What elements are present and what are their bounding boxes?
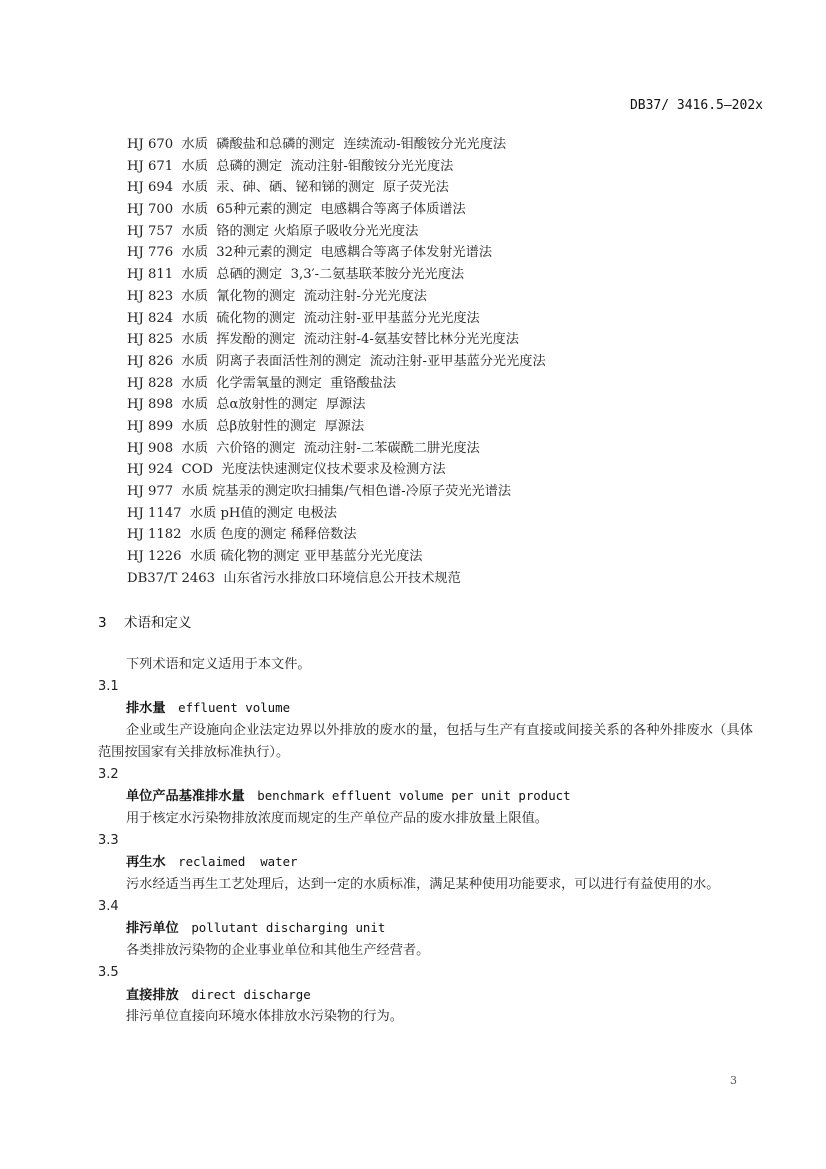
- document-code: DB37/ 3416.5—202x: [630, 98, 763, 113]
- reference-item: HJ 776 水质 32种元素的测定 电感耦合等离子体发射光谱法: [127, 242, 546, 264]
- section-intro: 下列术语和定义适用于本文件。: [98, 654, 753, 676]
- reference-item: HJ 977 水质 烷基汞的测定吹扫捕集/气相色谱-冷原子荧光光谱法: [127, 481, 546, 503]
- page-number: 3: [730, 1074, 737, 1087]
- reference-item: HJ 670 水质 磷酸盐和总磷的测定 连续流动-钼酸铵分光光度法: [127, 134, 546, 156]
- reference-item: HJ 898 水质 总α放射性的测定 厚源法: [127, 394, 546, 416]
- reference-item: HJ 826 水质 阴离子表面活性剂的测定 流动注射-亚甲基蓝分光光度法: [127, 351, 546, 373]
- reference-item: HJ 811 水质 总硒的测定 3,3′-二氨基联苯胺分光光度法: [127, 264, 546, 286]
- term-definition: 污水经适当再生工艺处理后，达到一定的水质标准，满足某种使用功能要求，可以进行有益…: [98, 874, 753, 896]
- normative-references-list: HJ 670 水质 磷酸盐和总磷的测定 连续流动-钼酸铵分光光度法 HJ 671…: [127, 134, 546, 589]
- term-name: 排水量 effluent volume: [98, 697, 753, 720]
- term-definition: 各类排放污染物的企业事业单位和其他生产经营者。: [98, 940, 753, 962]
- term-number: 3.3: [98, 830, 753, 852]
- term-number: 3.5: [98, 962, 753, 984]
- reference-item: DB37/T 2463 山东省污水排放口环境信息公开技术规范: [127, 568, 546, 590]
- term-name: 直接排放 direct discharge: [98, 984, 753, 1007]
- term-en: pollutant discharging unit: [191, 920, 385, 935]
- reference-item: HJ 757 水质 铬的测定 火焰原子吸收分光光度法: [127, 221, 546, 243]
- reference-item: HJ 824 水质 硫化物的测定 流动注射-亚甲基蓝分光光度法: [127, 308, 546, 330]
- section-heading: 3术语和定义: [98, 611, 192, 631]
- term-en: reclaimed water: [178, 854, 297, 869]
- reference-item: HJ 828 水质 化学需氧量的测定 重铬酸盐法: [127, 373, 546, 395]
- section-title: 术语和定义: [124, 615, 192, 631]
- reference-item: HJ 671 水质 总磷的测定 流动注射-钼酸铵分光光度法: [127, 156, 546, 178]
- term-en: effluent volume: [178, 700, 290, 715]
- term-zh: 再生水: [126, 855, 166, 870]
- term-definition: 用于核定水污染物排放浓度而规定的生产单位产品的废水排放量上限值。: [98, 808, 753, 830]
- term-name: 再生水 reclaimed water: [98, 851, 753, 874]
- term-zh: 排污单位: [126, 921, 179, 936]
- term-zh: 排水量: [126, 701, 166, 716]
- term-en: direct discharge: [191, 987, 310, 1002]
- reference-item: HJ 825 水质 挥发酚的测定 流动注射-4-氨基安替比林分光光度法: [127, 329, 546, 351]
- reference-item: HJ 823 水质 氰化物的测定 流动注射-分光光度法: [127, 286, 546, 308]
- terms-body: 下列术语和定义适用于本文件。 3.1 排水量 effluent volume 企…: [98, 654, 753, 1028]
- reference-item: HJ 924 COD 光度法快速测定仪技术要求及检测方法: [127, 459, 546, 481]
- term-definition: 排污单位直接向环境水体排放水污染物的行为。: [98, 1006, 753, 1028]
- document-page: DB37/ 3416.5—202x HJ 670 水质 磷酸盐和总磷的测定 连续…: [0, 0, 826, 1169]
- reference-item: HJ 1226 水质 硫化物的测定 亚甲基蓝分光光度法: [127, 546, 546, 568]
- term-zh: 直接排放: [126, 988, 179, 1003]
- term-number: 3.1: [98, 676, 753, 698]
- reference-item: HJ 694 水质 汞、砷、硒、铋和锑的测定 原子荧光法: [127, 177, 546, 199]
- term-number: 3.4: [98, 896, 753, 918]
- term-en: benchmark effluent volume per unit produ…: [257, 788, 570, 803]
- reference-item: HJ 1147 水质 pH值的测定 电极法: [127, 503, 546, 525]
- section-number: 3: [98, 615, 124, 631]
- term-zh: 单位产品基准排水量: [126, 789, 245, 804]
- reference-item: HJ 700 水质 65种元素的测定 电感耦合等离子体质谱法: [127, 199, 546, 221]
- term-number: 3.2: [98, 764, 753, 786]
- reference-item: HJ 1182 水质 色度的测定 稀释倍数法: [127, 524, 546, 546]
- reference-item: HJ 899 水质 总β放射性的测定 厚源法: [127, 416, 546, 438]
- term-name: 单位产品基准排水量 benchmark effluent volume per …: [98, 785, 753, 808]
- term-definition: 企业或生产设施向企业法定边界以外排放的废水的量，包括与生产有直接或间接关系的各种…: [98, 720, 753, 763]
- term-name: 排污单位 pollutant discharging unit: [98, 917, 753, 940]
- reference-item: HJ 908 水质 六价铬的测定 流动注射-二苯碳酰二肼光度法: [127, 438, 546, 460]
